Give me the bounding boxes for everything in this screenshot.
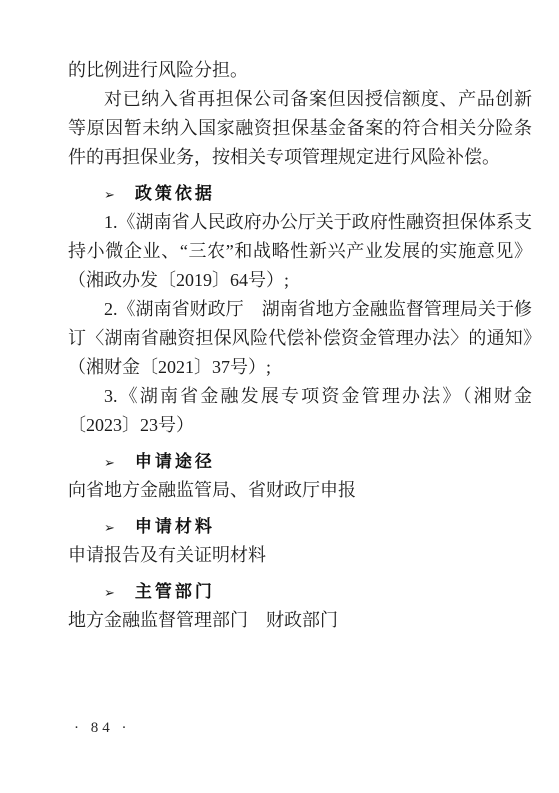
section-application-channel: ➢ 申请途径 向省地方金融监管局、省财政厅申报	[68, 447, 532, 505]
section-application-materials: ➢ 申请材料 申请报告及有关证明材料	[68, 512, 532, 570]
section-supervising-department: ➢ 主管部门 地方金融监督管理部门 财政部门	[68, 577, 532, 635]
section-body-text: 申请报告及有关证明材料	[68, 541, 532, 570]
paragraph-risk-compensation: 对已纳入省再担保公司备案但因授信额度、产品创新等原因暂未纳入国家融资担保基金备案…	[68, 85, 532, 172]
section-body-text: 地方金融监督管理部门 财政部门	[68, 606, 532, 635]
section-heading-application-channel: ➢ 申请途径	[68, 447, 532, 476]
arrow-bullet-icon: ➢	[104, 578, 115, 607]
page-number: · 84 ·	[74, 720, 131, 737]
section-heading-label: 政策依据	[135, 179, 215, 208]
section-heading-label: 申请途径	[135, 447, 215, 476]
paragraph-risk-sharing: 的比例进行风险分担。	[68, 56, 532, 85]
section-heading-supervising-department: ➢ 主管部门	[68, 577, 532, 606]
document-page: 的比例进行风险分担。 对已纳入省再担保公司备案但因授信额度、产品创新等原因暂未纳…	[0, 0, 559, 793]
section-heading-label: 申请材料	[135, 512, 215, 541]
arrow-bullet-icon: ➢	[104, 180, 115, 209]
document-content: 的比例进行风险分担。 对已纳入省再担保公司备案但因授信额度、产品创新等原因暂未纳…	[68, 56, 532, 635]
section-heading-application-materials: ➢ 申请材料	[68, 512, 532, 541]
policy-item: 2.《湖南省财政厅 湖南省地方金融监督管理局关于修订〈湖南省融资担保风险代偿补偿…	[68, 295, 532, 382]
arrow-bullet-icon: ➢	[104, 513, 115, 542]
section-policy-basis: ➢ 政策依据 1.《湖南省人民政府办公厅关于政府性融资担保体系支持小微企业、“三…	[68, 179, 532, 440]
section-body-text: 向省地方金融监管局、省财政厅申报	[68, 476, 532, 505]
arrow-bullet-icon: ➢	[104, 448, 115, 477]
policy-item: 3.《湖南省金融发展专项资金管理办法》（湘财金〔2023〕23号）	[68, 382, 532, 440]
section-heading-policy-basis: ➢ 政策依据	[68, 179, 532, 208]
section-heading-label: 主管部门	[135, 577, 215, 606]
policy-item: 1.《湖南省人民政府办公厅关于政府性融资担保体系支持小微企业、“三农”和战略性新…	[68, 208, 532, 295]
